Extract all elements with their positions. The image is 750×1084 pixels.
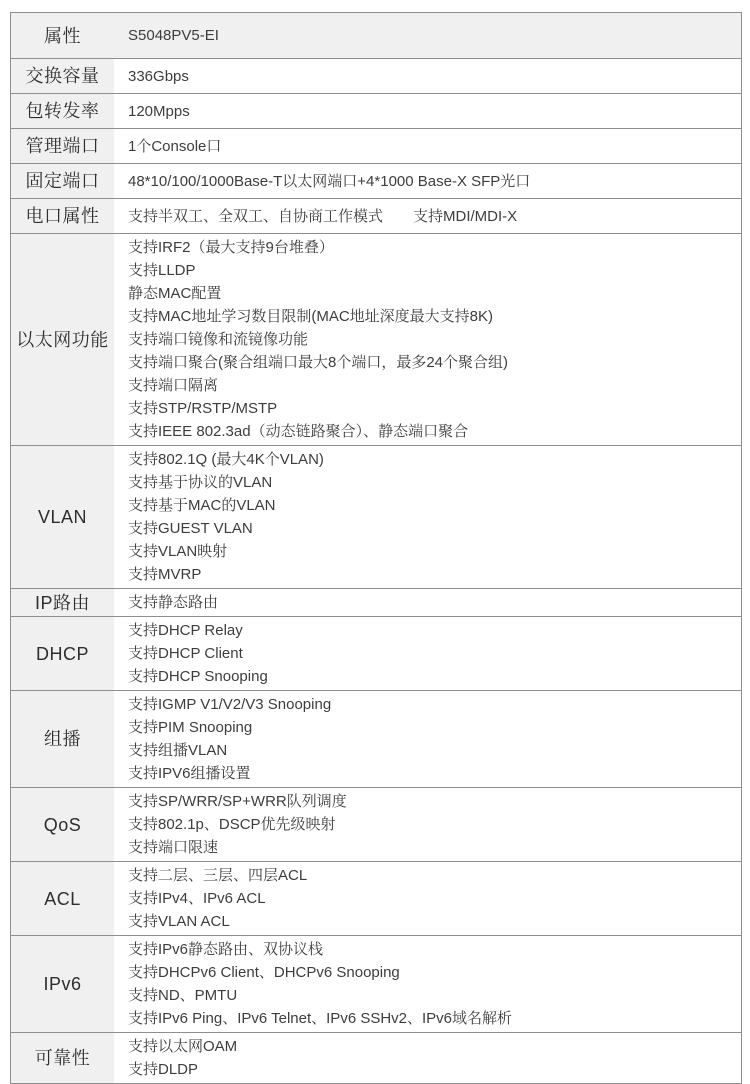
- row-value-line: 支持基于协议的VLAN: [128, 471, 727, 494]
- row-label: 电口属性: [11, 199, 114, 233]
- row-value-line: 支持DHCP Client: [128, 642, 727, 665]
- row-label: DHCP: [11, 617, 114, 690]
- row-value-line: 支持LLDP: [128, 259, 727, 282]
- row-value-line: 支持IPV6组播设置: [128, 762, 727, 785]
- table-row: QoS支持SP/WRR/SP+WRR队列调度支持802.1p、DSCP优先级映射…: [11, 787, 741, 861]
- row-label: IP路由: [11, 589, 114, 616]
- row-value-line: 支持端口镜像和流镜像功能: [128, 328, 727, 351]
- row-value-line: 支持ND、PMTU: [128, 984, 727, 1007]
- table-row: VLAN支持802.1Q (最大4K个VLAN)支持基于协议的VLAN支持基于M…: [11, 445, 741, 588]
- table-row: IP路由支持静态路由: [11, 588, 741, 616]
- row-value: 支持IRF2（最大支持9台堆叠）支持LLDP静态MAC配置支持MAC地址学习数目…: [114, 234, 741, 445]
- row-value-line: 支持端口聚合(聚合组端口最大8个端口，最多24个聚合组): [128, 351, 727, 374]
- row-value-line: 支持IGMP V1/V2/V3 Snooping: [128, 693, 727, 716]
- table-row: DHCP支持DHCP Relay支持DHCP Client支持DHCP Snoo…: [11, 616, 741, 690]
- table-row: IPv6支持IPv6静态路由、双协议栈支持DHCPv6 Client、DHCPv…: [11, 935, 741, 1030]
- row-value-line: 支持组播VLAN: [128, 739, 727, 762]
- row-value-line: S5048PV5-EI: [128, 24, 727, 47]
- row-value: S5048PV5-EI: [114, 13, 741, 58]
- row-value-line: 支持DHCP Snooping: [128, 665, 727, 688]
- row-value: 支持二层、三层、四层ACL支持IPv4、IPv6 ACL支持VLAN ACL: [114, 862, 741, 935]
- table-row: 交换容量336Gbps: [11, 58, 741, 93]
- row-value-line: 1个Console口: [128, 135, 727, 158]
- row-value-line: 支持MAC地址学习数目限制(MAC地址深度最大支持8K): [128, 305, 727, 328]
- row-value-line: 支持MVRP: [128, 563, 727, 586]
- row-value-line: 支持基于MAC的VLAN: [128, 494, 727, 517]
- row-label: 组播: [11, 691, 114, 787]
- row-label: 交换容量: [11, 59, 114, 93]
- row-value: 支持SP/WRR/SP+WRR队列调度支持802.1p、DSCP优先级映射支持端…: [114, 788, 741, 861]
- row-value-line: 120Mpps: [128, 100, 727, 123]
- row-value-line: 支持半双工、全双工、自协商工作模式 支持MDI/MDI-X: [128, 205, 727, 228]
- row-value: 支持IGMP V1/V2/V3 Snooping支持PIM Snooping支持…: [114, 691, 741, 787]
- row-label: 管理端口: [11, 129, 114, 163]
- row-value: 支持802.1Q (最大4K个VLAN)支持基于协议的VLAN支持基于MAC的V…: [114, 446, 741, 588]
- row-value-line: 支持802.1Q (最大4K个VLAN): [128, 448, 727, 471]
- row-value-line: 支持二层、三层、四层ACL: [128, 864, 727, 887]
- row-value: 336Gbps: [114, 59, 741, 93]
- row-value-line: 支持VLAN映射: [128, 540, 727, 563]
- row-label: IPv6: [11, 936, 114, 1030]
- row-value-line: 支持IPv6静态路由、双协议栈: [128, 938, 727, 961]
- row-label: 以太网功能: [11, 234, 114, 445]
- table-row: 固定端口48*10/100/1000Base-T以太网端口+4*1000 Bas…: [11, 163, 741, 198]
- row-label: ACL: [11, 862, 114, 935]
- row-value: 支持IPv6静态路由、双协议栈支持DHCPv6 Client、DHCPv6 Sn…: [114, 936, 741, 1030]
- row-value-line: 支持802.1p、DSCP优先级映射: [128, 813, 727, 836]
- row-label: QoS: [11, 788, 114, 861]
- table-row: 属性S5048PV5-EI: [11, 13, 741, 58]
- row-value: 支持静态路由: [114, 589, 741, 616]
- spec-table: 属性S5048PV5-EI交换容量336Gbps包转发率120Mpps管理端口1…: [10, 12, 742, 1030]
- table-row: 电口属性支持半双工、全双工、自协商工作模式 支持MDI/MDI-X: [11, 198, 741, 233]
- row-label: 属性: [11, 13, 114, 58]
- row-label: 固定端口: [11, 164, 114, 198]
- row-value-line: 支持IPv6 Ping、IPv6 Telnet、IPv6 SSHv2、IPv6域…: [128, 1007, 727, 1030]
- row-value-line: 支持静态路由: [128, 591, 727, 614]
- row-value: 48*10/100/1000Base-T以太网端口+4*1000 Base-X …: [114, 164, 741, 198]
- row-value-line: 支持STP/RSTP/MSTP: [128, 397, 727, 420]
- row-value: 1个Console口: [114, 129, 741, 163]
- row-value: 支持DHCP Relay支持DHCP Client支持DHCP Snooping: [114, 617, 741, 690]
- row-value-line: 336Gbps: [128, 65, 727, 88]
- row-label: 包转发率: [11, 94, 114, 128]
- table-row: 以太网功能支持IRF2（最大支持9台堆叠）支持LLDP静态MAC配置支持MAC地…: [11, 233, 741, 445]
- row-value-line: 支持PIM Snooping: [128, 716, 727, 739]
- row-value-line: 支持VLAN ACL: [128, 910, 727, 933]
- row-value: 120Mpps: [114, 94, 741, 128]
- row-value-line: 静态MAC配置: [128, 282, 727, 305]
- row-label: VLAN: [11, 446, 114, 588]
- table-row: ACL支持二层、三层、四层ACL支持IPv4、IPv6 ACL支持VLAN AC…: [11, 861, 741, 935]
- row-value-line: 支持SP/WRR/SP+WRR队列调度: [128, 790, 727, 813]
- row-value-line: 支持IRF2（最大支持9台堆叠）: [128, 236, 727, 259]
- row-value-line: 支持端口隔离: [128, 374, 727, 397]
- table-row: 管理端口1个Console口: [11, 128, 741, 163]
- row-value-line: 支持DHCP Relay: [128, 619, 727, 642]
- row-value-line: 支持IPv4、IPv6 ACL: [128, 887, 727, 910]
- row-value-line: 支持GUEST VLAN: [128, 517, 727, 540]
- table-row: 组播支持IGMP V1/V2/V3 Snooping支持PIM Snooping…: [11, 690, 741, 787]
- table-row: 包转发率120Mpps: [11, 93, 741, 128]
- row-value-line: 支持端口限速: [128, 836, 727, 859]
- row-value-line: 支持DHCPv6 Client、DHCPv6 Snooping: [128, 961, 727, 984]
- row-value: 支持半双工、全双工、自协商工作模式 支持MDI/MDI-X: [114, 199, 741, 233]
- row-value-line: 支持IEEE 802.3ad（动态链路聚合）、静态端口聚合: [128, 420, 727, 443]
- row-value-line: 48*10/100/1000Base-T以太网端口+4*1000 Base-X …: [128, 170, 727, 193]
